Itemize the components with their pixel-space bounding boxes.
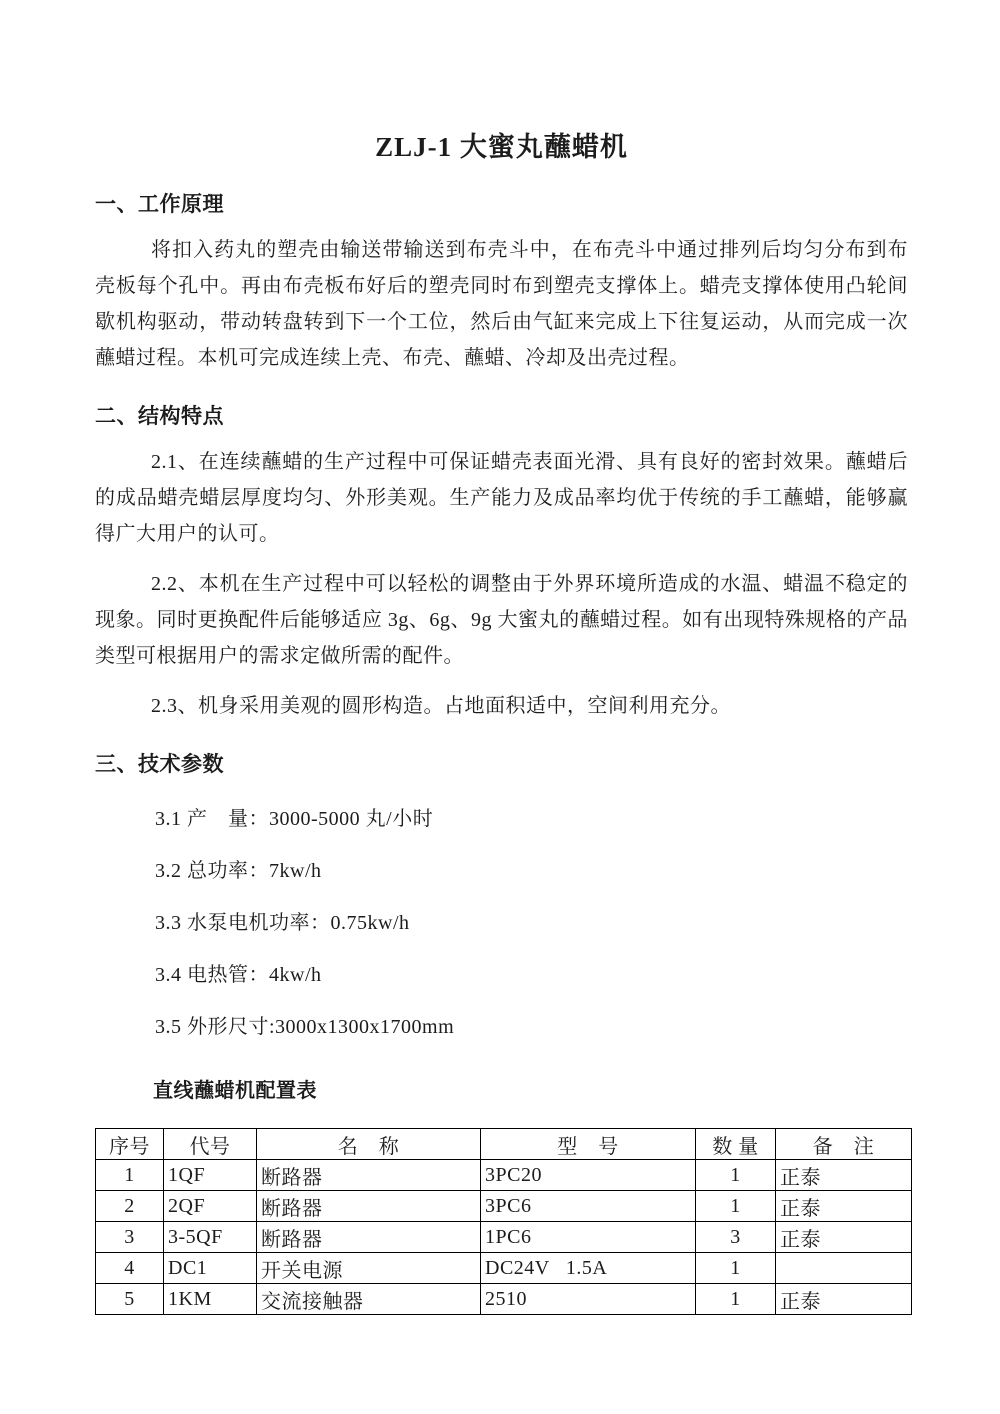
table-row: 4 DC1 开关电源 DC24V 1.5A 1 <box>96 1253 912 1284</box>
cell-quantity: 3 <box>696 1222 776 1253</box>
header-cell-remark: 备 注 <box>776 1129 912 1160</box>
config-table: 序号 代号 名 称 型 号 数 量 备 注 1 1QF 断路器 3PC20 1 … <box>95 1128 912 1315</box>
cell-name: 断路器 <box>257 1160 481 1191</box>
cell-code: 3-5QF <box>164 1222 257 1253</box>
cell-remark: 正泰 <box>776 1284 912 1315</box>
spec-item-total-power: 3.2 总功率：7kw/h <box>155 860 908 882</box>
table-header-row: 序号 代号 名 称 型 号 数 量 备 注 <box>96 1129 912 1160</box>
cell-remark <box>776 1253 912 1284</box>
header-cell-model: 型 号 <box>481 1129 696 1160</box>
cell-code: 1QF <box>164 1160 257 1191</box>
paragraph: 将扣入药丸的塑壳由输送带输送到布壳斗中，在布壳斗中通过排列后均匀分布到布壳板每个… <box>95 232 908 376</box>
section-heading-working-principle: 一、工作原理 <box>95 190 908 218</box>
section-heading-technical-parameters: 三、技术参数 <box>95 750 908 778</box>
cell-quantity: 1 <box>696 1284 776 1315</box>
spec-item-dimensions: 3.5 外形尺寸:3000x1300x1700mm <box>155 1016 908 1038</box>
cell-index: 1 <box>96 1160 164 1191</box>
paragraph: 2.1、在连续蘸蜡的生产过程中可保证蜡壳表面光滑、具有良好的密封效果。蘸蜡后的成… <box>95 444 908 552</box>
spec-item-output: 3.1 产 量：3000-5000 丸/小时 <box>155 808 908 830</box>
document-page: ZLJ-1 大蜜丸蘸蜡机 一、工作原理 将扣入药丸的塑壳由输送带输送到布壳斗中，… <box>0 0 1000 1414</box>
page-title: ZLJ-1 大蜜丸蘸蜡机 <box>95 130 908 164</box>
cell-code: 2QF <box>164 1191 257 1222</box>
table-row: 5 1KM 交流接触器 2510 1 正泰 <box>96 1284 912 1315</box>
section-heading-structure-features: 二、结构特点 <box>95 402 908 430</box>
cell-quantity: 1 <box>696 1160 776 1191</box>
cell-model: 3PC20 <box>481 1160 696 1191</box>
header-cell-quantity: 数 量 <box>696 1129 776 1160</box>
cell-remark: 正泰 <box>776 1191 912 1222</box>
spec-item-pump-motor-power: 3.3 水泵电机功率：0.75kw/h <box>155 912 908 934</box>
cell-model: 2510 <box>481 1284 696 1315</box>
cell-code: 1KM <box>164 1284 257 1315</box>
header-cell-code: 代号 <box>164 1129 257 1160</box>
cell-quantity: 1 <box>696 1253 776 1284</box>
table-row: 3 3-5QF 断路器 1PC6 3 正泰 <box>96 1222 912 1253</box>
cell-name: 断路器 <box>257 1222 481 1253</box>
cell-model: DC24V 1.5A <box>481 1253 696 1284</box>
cell-remark: 正泰 <box>776 1160 912 1191</box>
table-caption: 直线蘸蜡机配置表 <box>153 1078 908 1104</box>
table-row: 1 1QF 断路器 3PC20 1 正泰 <box>96 1160 912 1191</box>
cell-index: 2 <box>96 1191 164 1222</box>
header-cell-name: 名 称 <box>257 1129 481 1160</box>
cell-name: 交流接触器 <box>257 1284 481 1315</box>
cell-index: 5 <box>96 1284 164 1315</box>
cell-code: DC1 <box>164 1253 257 1284</box>
paragraph: 2.2、本机在生产过程中可以轻松的调整由于外界环境所造成的水温、蜡温不稳定的现象… <box>95 566 908 674</box>
cell-index: 4 <box>96 1253 164 1284</box>
spec-item-heating-tube: 3.4 电热管：4kw/h <box>155 964 908 986</box>
paragraph: 2.3、机身采用美观的圆形构造。占地面积适中，空间利用充分。 <box>95 688 908 724</box>
header-cell-index: 序号 <box>96 1129 164 1160</box>
cell-remark: 正泰 <box>776 1222 912 1253</box>
table-row: 2 2QF 断路器 3PC6 1 正泰 <box>96 1191 912 1222</box>
cell-model: 3PC6 <box>481 1191 696 1222</box>
cell-index: 3 <box>96 1222 164 1253</box>
cell-model: 1PC6 <box>481 1222 696 1253</box>
cell-name: 开关电源 <box>257 1253 481 1284</box>
cell-quantity: 1 <box>696 1191 776 1222</box>
cell-name: 断路器 <box>257 1191 481 1222</box>
